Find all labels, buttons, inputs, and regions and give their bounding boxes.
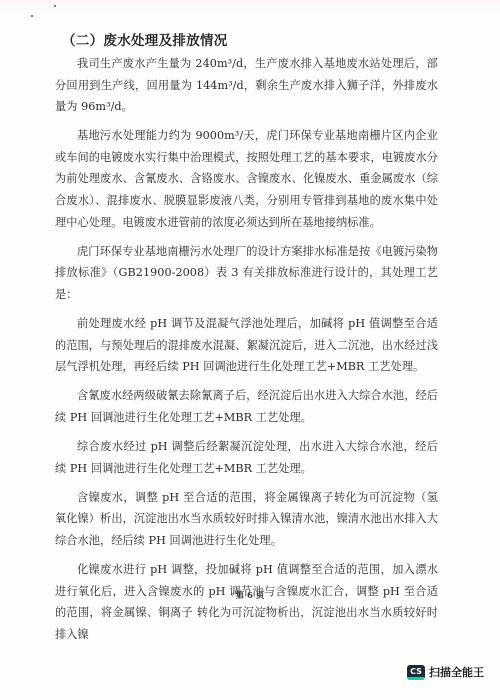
- paragraph-comprehensive-wastewater: 综合废水经过 pH 调整后经絮凝沉淀处理，出水进入大综合水池，经后续 PH 回调…: [55, 436, 438, 479]
- section-heading: （二）废水处理及排放情况: [62, 29, 228, 49]
- scan-speck: [54, 5, 56, 7]
- document-body: 我司生产废水产生量为 240m³/d，生产废水排入基地废水站处理后，部分回用到生…: [55, 53, 438, 645]
- paragraph-cyanide-wastewater: 含氰废水经两级破氰去除氰离子后，经沉淀后出水进入大综合水池，经后续 PH 回调池…: [55, 385, 438, 428]
- paragraph-wastewater-volume: 我司生产废水产生量为 240m³/d，生产废水排入基地废水站处理后，部分回用到生…: [55, 53, 438, 118]
- scanned-document-page: （二）废水处理及排放情况 我司生产废水产生量为 240m³/d，生产废水排入基地…: [0, 0, 500, 700]
- page-number: 第 6 页: [0, 589, 500, 601]
- camscanner-watermark: CS 扫描全能王: [407, 664, 484, 680]
- paragraph-design-standard: 虎门环保专业基地南栅污水处理厂的设计方案排水标准是按《电镀污染物排放标准》（GB…: [55, 241, 438, 306]
- paragraph-nickel-wastewater: 含镍废水，调整 pH 至合适的范围，将金属镍离子转化为可沉淀物（氢氧化镍）析出，…: [55, 487, 438, 552]
- scan-speck: [31, 15, 33, 17]
- paragraph-base-capacity: 基地污水处理能力约为 9000m³/天，虎门环保专业基地南栅片区内企业或车间的电…: [55, 125, 438, 233]
- camscanner-logo-icon: CS: [407, 665, 425, 680]
- paragraph-electroless-nickel-wastewater: 化镍废水进行 pH 调整，投加碱将 pH 值调整至合适的范围，加入漂水进行氧化后…: [55, 559, 438, 645]
- paragraph-pretreatment-wastewater: 前处理废水经 pH 调节及混凝气浮池处理后，加碱将 pH 值调整至合适的范围，与…: [55, 313, 438, 378]
- watermark-app-name: 扫描全能王: [429, 664, 484, 680]
- logo-text: CS: [410, 667, 422, 676]
